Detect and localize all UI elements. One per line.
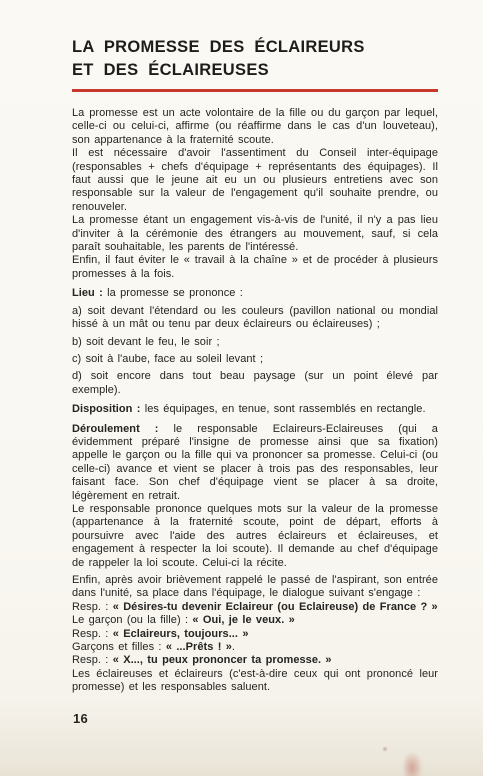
paragraph: b) soit devant le feu, le soir ; [72,336,438,349]
paragraph: a) soit devant l'étendard ou les couleur… [72,305,438,332]
text-segment: a) soit devant l'étendard ou les couleur… [72,305,438,330]
page-title-line-1: LA PROMESSE DES ÉCLAIREURS [72,36,438,59]
text-segment: « ...Prêts ! » [166,641,232,653]
paragraph: Enfin, il faut éviter le « travail à la … [72,254,438,281]
text-segment: « X..., tu peux prononcer ta promesse. » [113,654,332,666]
paragraph: Garçons et filles : « ...Prêts ! ». [72,641,438,654]
text-segment: c) soit à l'aube, face au soleil levant … [72,353,263,365]
paragraph: Les éclaireuses et éclaireurs (c'est-à-d… [72,668,438,695]
paragraph: Disposition : les équipages, en tenue, s… [72,403,438,416]
text-segment: La promesse est un acte volontaire de la… [72,107,438,146]
paragraph: Il est nécessaire d'avoir l'assentiment … [72,147,438,214]
paragraph: Resp. : « Désires-tu devenir Eclaireur (… [72,601,438,614]
text-segment: « Oui, je le veux. » [192,614,294,626]
text-segment: Resp. : [72,628,113,640]
title-underline [72,89,438,92]
text-segment: Le responsable prononce quelques mots su… [72,503,438,569]
paragraph: Enfin, après avoir brièvement rappelé le… [72,574,438,601]
paragraph: Le garçon (ou la fille) : « Oui, je le v… [72,614,438,627]
page-number: 16 [73,711,88,726]
text-segment: Les éclaireuses et éclaireurs (c'est-à-d… [72,668,438,693]
text-segment: Resp. : [72,654,113,666]
text-segment: Enfin, il faut éviter le « travail à la … [72,254,438,279]
text-segment: Déroulement : [72,423,159,435]
paragraph: Déroulement : le responsable Eclaireurs-… [72,423,438,503]
text-segment: d) soit encore dans tout beau paysage (s… [72,370,438,395]
body-text: La promesse est un acte volontaire de la… [72,107,438,695]
text-segment: Le garçon (ou la fille) : [72,614,192,626]
text-segment: les équipages, en tenue, sont rassemblés… [140,403,425,415]
paragraph: d) soit encore dans tout beau paysage (s… [72,370,438,397]
text-segment: Il est nécessaire d'avoir l'assentiment … [72,147,438,213]
page-title: LA PROMESSE DES ÉCLAIREURS ET DES ÉCLAIR… [72,36,438,82]
text-segment: « Eclaireurs, toujours... » [113,628,249,640]
paragraph: Le responsable prononce quelques mots su… [72,503,438,570]
paragraph: Resp. : « Eclaireurs, toujours... » [72,628,438,641]
text-segment: Lieu : [72,287,103,299]
text-segment: « Désires-tu devenir Eclaireur (ou Eclai… [113,601,438,613]
paragraph: c) soit à l'aube, face au soleil levant … [72,353,438,366]
text-segment: Disposition : [72,403,140,415]
text-segment: Garçons et filles : [72,641,166,653]
paragraph: La promesse étant un engagement vis-à-vi… [72,214,438,254]
text-segment: La promesse étant un engagement vis-à-vi… [72,214,438,253]
text-segment: . [232,641,235,653]
text-segment: Enfin, après avoir brièvement rappelé le… [72,574,438,599]
document-page: LA PROMESSE DES ÉCLAIREURS ET DES ÉCLAIR… [0,0,483,776]
paragraph: La promesse est un acte volontaire de la… [72,107,438,147]
page-content: LA PROMESSE DES ÉCLAIREURS ET DES ÉCLAIR… [72,36,438,695]
paper-speck [383,747,387,751]
text-segment: b) soit devant le feu, le soir ; [72,336,220,348]
paper-stain [404,752,422,776]
text-segment: Resp. : [72,601,113,613]
paragraph: Lieu : la promesse se prononce : [72,287,438,300]
paragraph: Resp. : « X..., tu peux prononcer ta pro… [72,654,438,667]
text-segment: la promesse se prononce : [103,287,243,299]
page-title-line-2: ET DES ÉCLAIREUSES [72,59,438,82]
